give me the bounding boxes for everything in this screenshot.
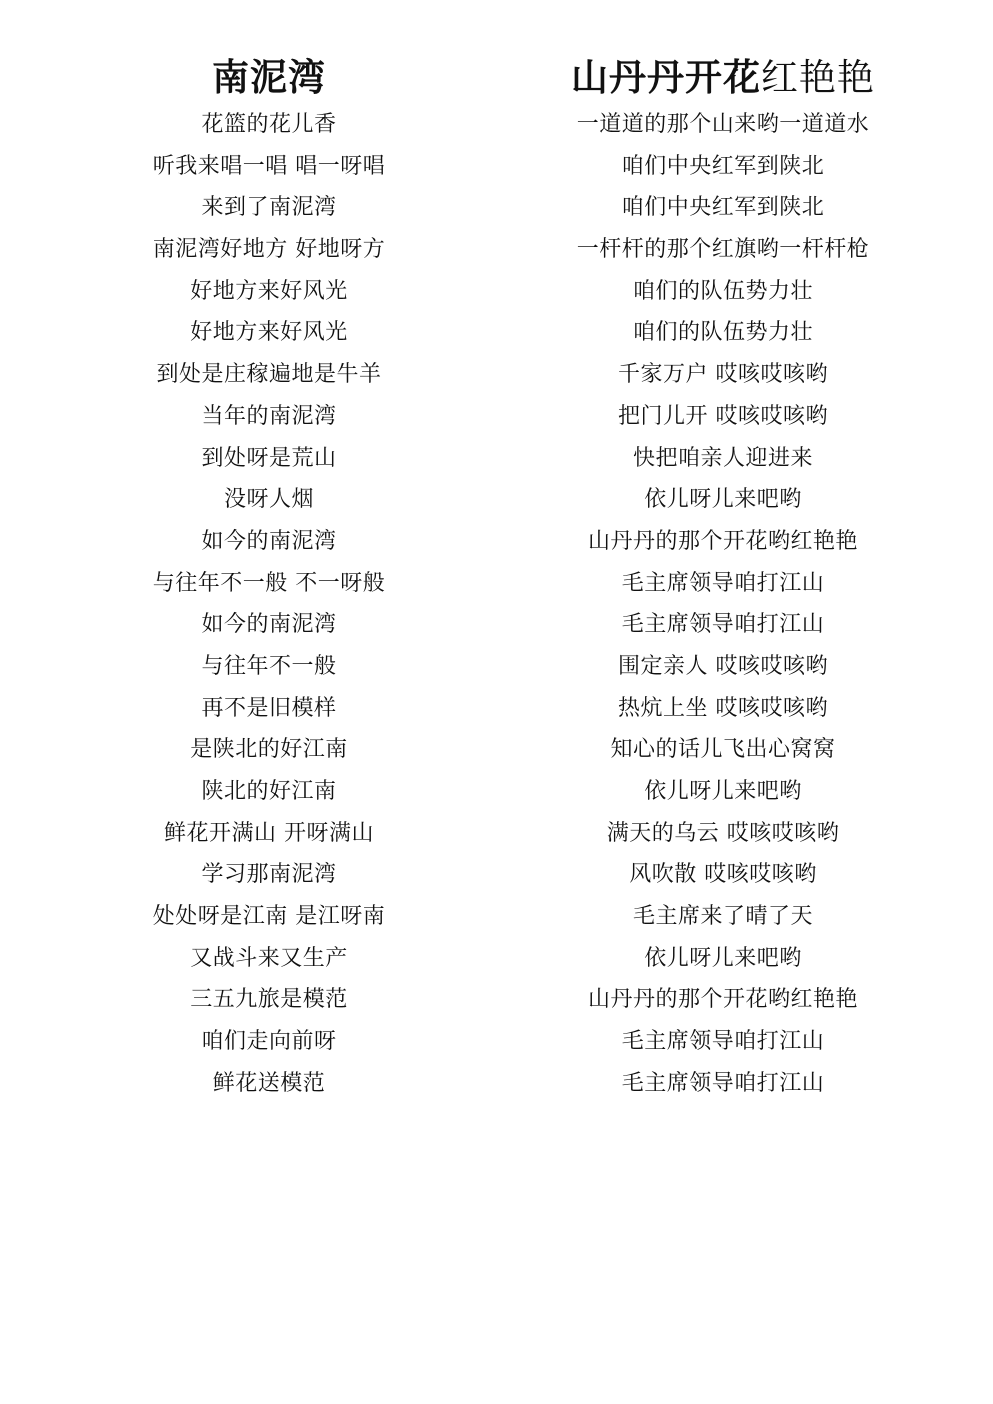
lyrics-list: 一道道的那个山来哟一道道水 咱们中央红军到陕北 咱们中央红军到陕北 一杆杆的那个… [543,104,903,1105]
lyric-line: 与往年不一般 不一呀般 [119,563,419,605]
lyric-line: 来到了南泥湾 [119,187,419,229]
lyric-line: 一杆杆的那个红旗哟一杆杆枪 [543,229,903,271]
lyric-line: 南泥湾好地方 好地呀方 [119,229,419,271]
lyric-line: 毛主席领导咱打江山 [543,1021,903,1063]
lyric-line: 依儿呀儿来吧哟 [543,479,903,521]
lyric-line: 快把咱亲人迎进来 [543,438,903,480]
lyrics-page: 南泥湾 花篮的花儿香 听我来唱一唱 唱一呀唱 来到了南泥湾 南泥湾好地方 好地呀… [0,0,993,1404]
lyric-line: 如今的南泥湾 [119,521,419,563]
lyric-line: 咱们中央红军到陕北 [543,146,903,188]
lyric-line: 风吹散 哎咳哎咳哟 [543,854,903,896]
lyric-line: 山丹丹的那个开花哟红艳艳 [543,979,903,1021]
lyric-line: 咱们的队伍势力壮 [543,312,903,354]
lyric-line: 处处呀是江南 是江呀南 [119,896,419,938]
lyric-line: 山丹丹的那个开花哟红艳艳 [543,521,903,563]
song-title-light: 红艳艳 [761,56,875,99]
lyric-line: 学习那南泥湾 [119,854,419,896]
lyric-line: 没呀人烟 [119,479,419,521]
lyric-line: 围定亲人 哎咳哎咳哟 [543,646,903,688]
lyric-line: 又战斗来又生产 [119,938,419,980]
lyric-line: 咱们的队伍势力壮 [543,271,903,313]
song-column-shandandan: 山丹丹开花红艳艳 一道道的那个山来哟一道道水 咱们中央红军到陕北 咱们中央红军到… [543,52,903,1105]
lyric-line: 听我来唱一唱 唱一呀唱 [119,146,419,188]
lyric-line: 把门儿开 哎咳哎咳哟 [543,396,903,438]
lyric-line: 依儿呀儿来吧哟 [543,938,903,980]
song-title: 山丹丹开花红艳艳 [543,52,903,104]
lyric-line: 满天的乌云 哎咳哎咳哟 [543,813,903,855]
lyric-line: 咱们走向前呀 [119,1021,419,1063]
lyric-line: 到处呀是荒山 [119,438,419,480]
lyric-line: 好地方来好风光 [119,271,419,313]
lyric-line: 依儿呀儿来吧哟 [543,771,903,813]
song-title-bold: 山丹丹开花 [571,56,761,99]
lyric-line: 如今的南泥湾 [119,604,419,646]
lyric-line: 毛主席领导咱打江山 [543,1063,903,1105]
lyric-line: 千家万户 哎咳哎咳哟 [543,354,903,396]
lyric-line: 咱们中央红军到陕北 [543,187,903,229]
lyric-line: 陕北的好江南 [119,771,419,813]
lyric-line: 热炕上坐 哎咳哎咳哟 [543,688,903,730]
lyrics-list: 花篮的花儿香 听我来唱一唱 唱一呀唱 来到了南泥湾 南泥湾好地方 好地呀方 好地… [119,104,419,1105]
lyric-line: 知心的话儿飞出心窝窝 [543,729,903,771]
lyric-line: 毛主席领导咱打江山 [543,563,903,605]
song-title: 南泥湾 [119,52,419,104]
lyric-line: 当年的南泥湾 [119,396,419,438]
lyric-line: 鲜花开满山 开呀满山 [119,813,419,855]
lyric-line: 三五九旅是模范 [119,979,419,1021]
lyric-line: 花篮的花儿香 [119,104,419,146]
lyric-line: 到处是庄稼遍地是牛羊 [119,354,419,396]
lyric-line: 一道道的那个山来哟一道道水 [543,104,903,146]
lyric-line: 好地方来好风光 [119,312,419,354]
lyric-line: 毛主席来了晴了天 [543,896,903,938]
lyric-line: 与往年不一般 [119,646,419,688]
song-column-nanniwan: 南泥湾 花篮的花儿香 听我来唱一唱 唱一呀唱 来到了南泥湾 南泥湾好地方 好地呀… [119,52,419,1105]
lyric-line: 毛主席领导咱打江山 [543,604,903,646]
lyric-line: 是陕北的好江南 [119,729,419,771]
lyric-line: 鲜花送模范 [119,1063,419,1105]
lyric-line: 再不是旧模样 [119,688,419,730]
